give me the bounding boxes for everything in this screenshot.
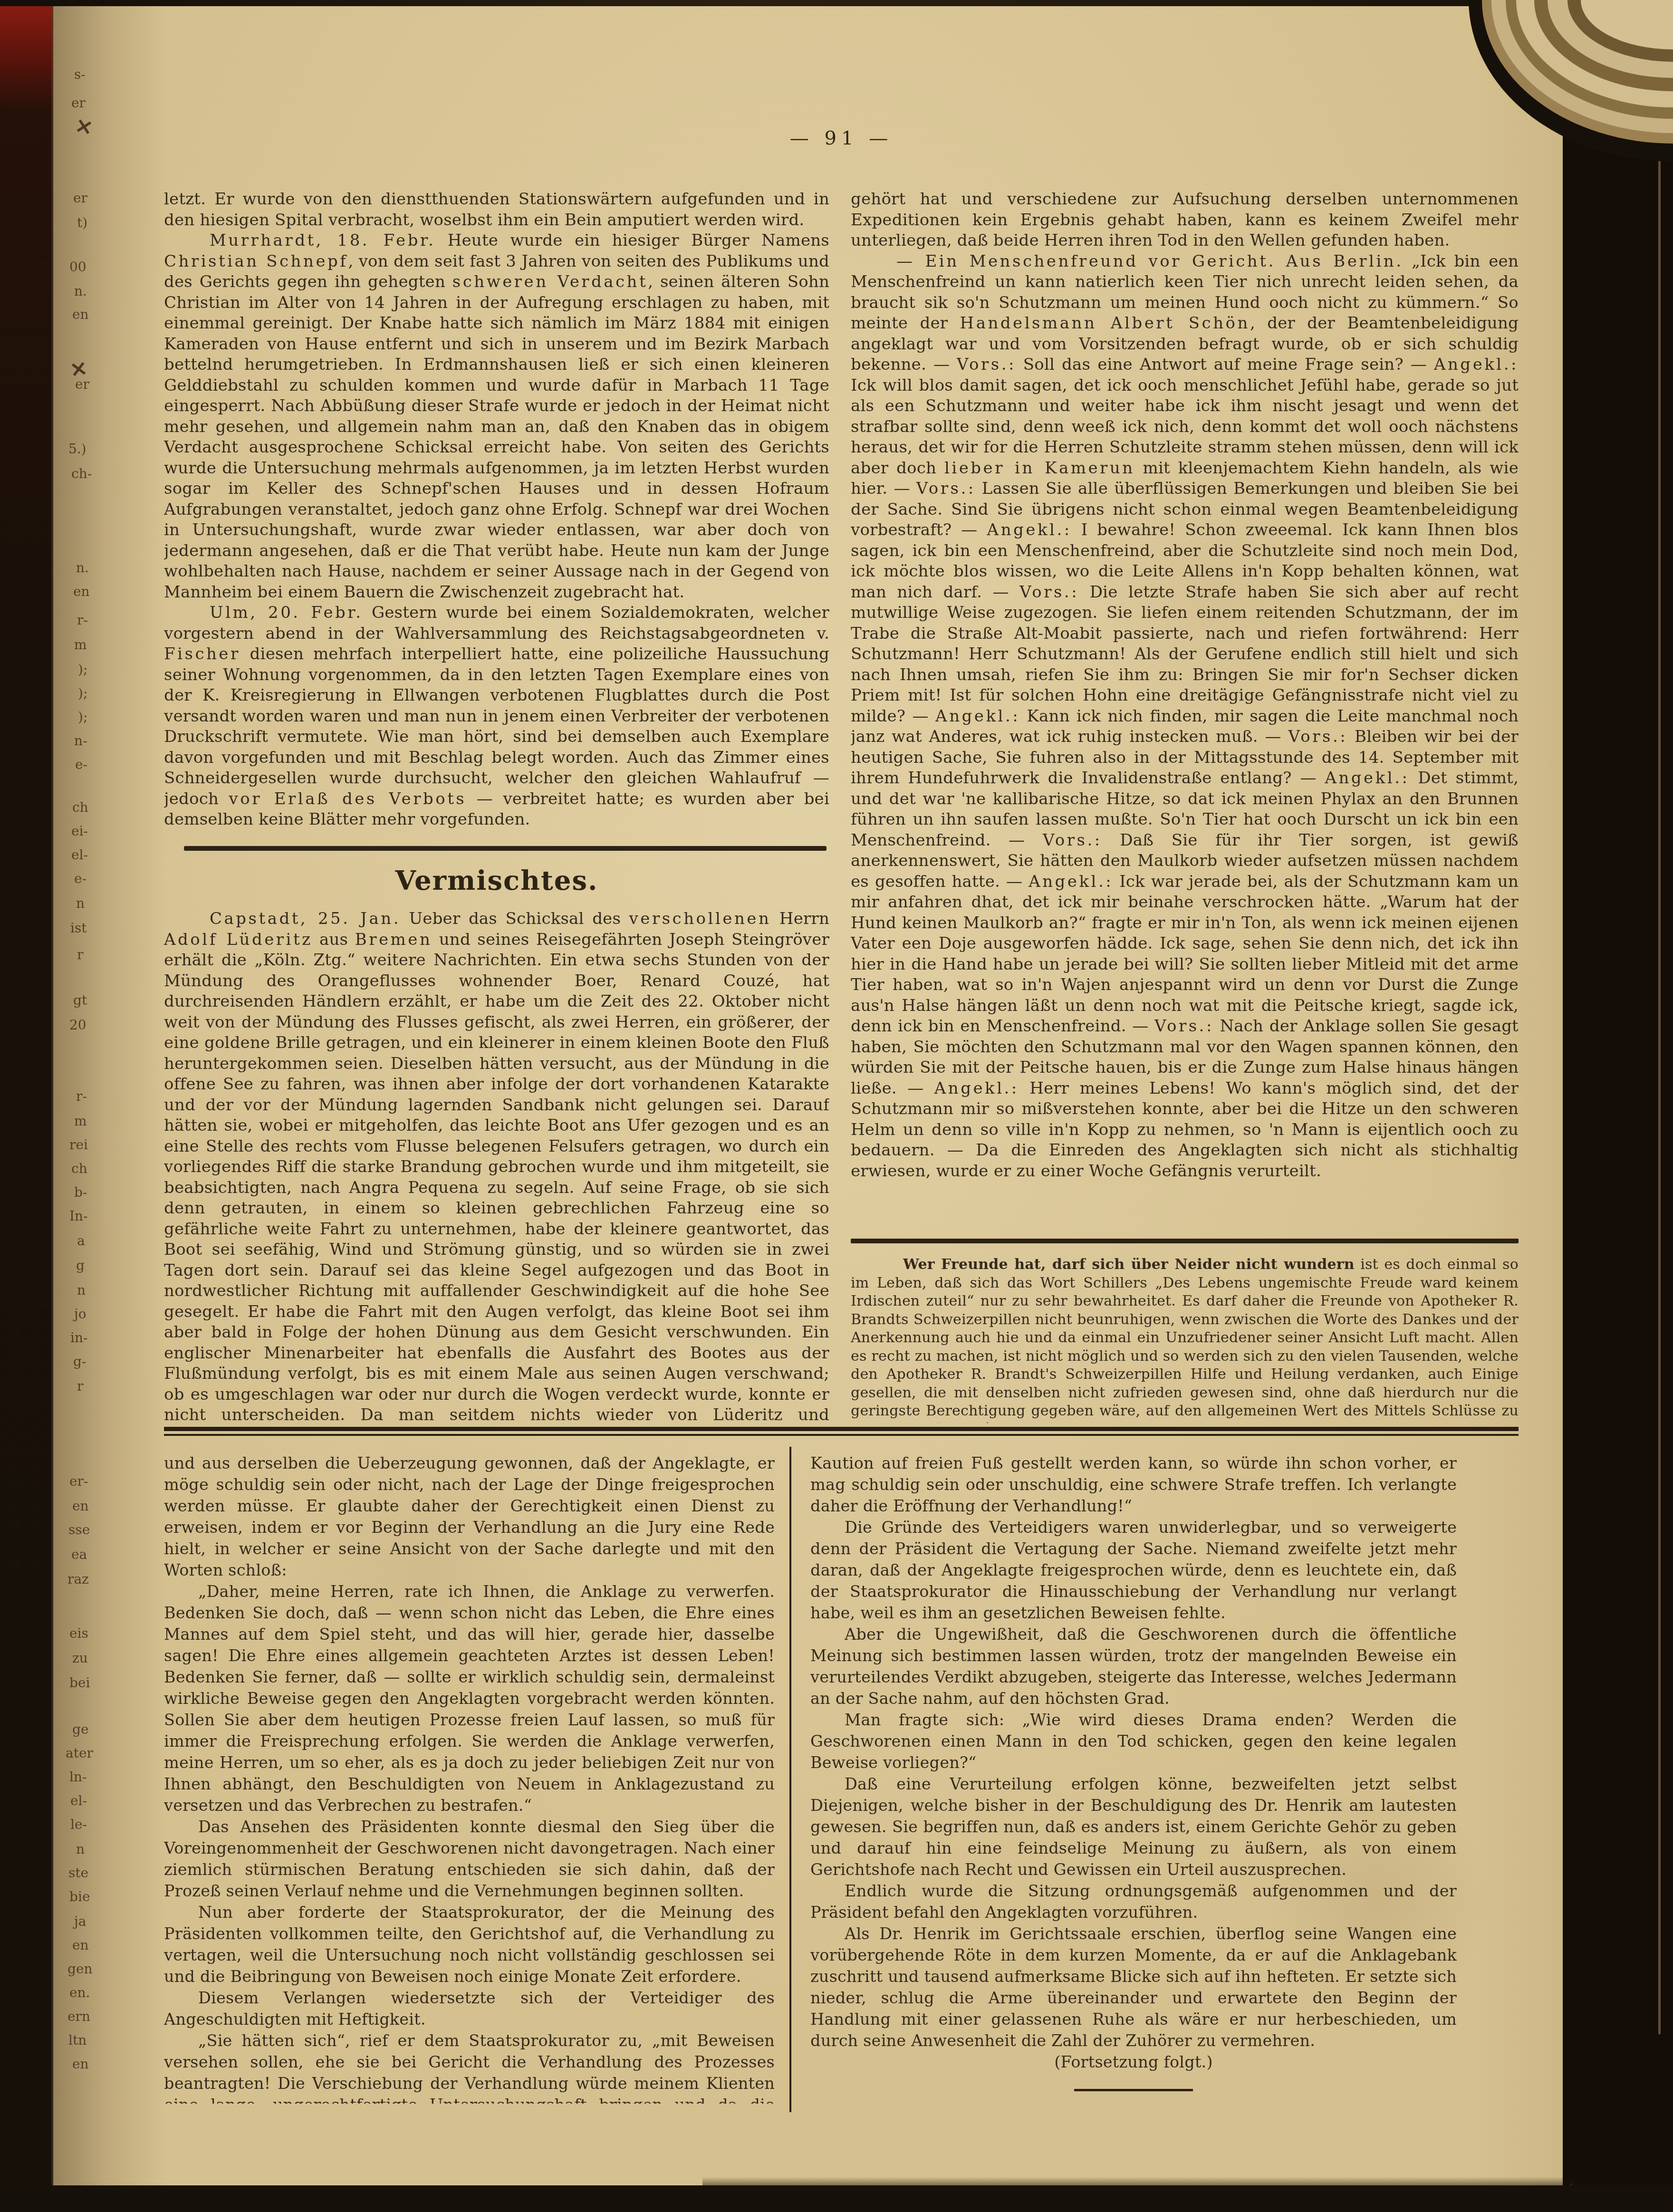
paragraph: Das Ansehen des Präsidenten konnte diesm… [164, 1816, 775, 1902]
facing-page-text-fragment: en [72, 2056, 89, 2072]
facing-page-text-fragment: In- [69, 1208, 88, 1224]
paragraph: Nun aber forderte der Staatsprokurator, … [164, 1902, 775, 1987]
facing-page-text-fragment: r- [76, 1088, 87, 1104]
paragraph: Wer Freunde hat, darf sich über Neider n… [851, 1256, 1519, 1423]
facing-page-text-fragment: bei [69, 1675, 90, 1691]
facing-page-text-fragment: a [77, 1233, 85, 1249]
paragraph: Kaution auf freien Fuß gestellt werden k… [810, 1452, 1457, 1517]
facing-page-text-fragment: ern [67, 2009, 90, 2024]
facing-page-text-fragment: ea [71, 1547, 87, 1562]
facing-page-text-fragment: m [74, 1113, 87, 1129]
section-divider-double-rule [164, 1427, 1519, 1436]
facing-page-text-fragment: ltn [68, 2032, 87, 2048]
facing-page-text-fragment: ist [70, 920, 87, 936]
facing-page-text-fragment: g [76, 1258, 85, 1273]
facing-page-text-fragment: ste [68, 1865, 88, 1881]
paragraph: Aber die Ungewißheit, daß die Geschworen… [810, 1624, 1457, 1709]
column-upper-right: gehört hat und verschiedene zur Aufsuchu… [851, 189, 1519, 1423]
facing-page-text-fragment: ch [72, 799, 88, 815]
facing-page-text-fragment: 20 [69, 1017, 87, 1033]
paragraph: Ulm, 20. Febr. Gestern wurde bei einem S… [164, 603, 829, 830]
facing-page-text-fragment: m [74, 637, 87, 653]
paragraph: Als Dr. Henrik im Gerichtssaale erschien… [810, 1923, 1457, 2051]
paragraph: Daß eine Verurteilung erfolgen könne, be… [810, 1773, 1457, 1880]
facing-page-text-fragment: en [72, 1937, 89, 1953]
paragraph: — Ein Menschenfreund vor Gericht. Aus Be… [851, 251, 1519, 1182]
section-rule [184, 846, 827, 851]
page-number: — 91 — [164, 127, 1519, 149]
facing-page-text-fragment: n [76, 895, 85, 911]
facing-page-text-fragment: 00 [69, 259, 87, 275]
ad-separator-rule [851, 1239, 1519, 1243]
facing-page-text-fragment: 5.) [68, 441, 87, 457]
facing-page-text-fragment: en [72, 1498, 89, 1514]
facing-page-text-fragment: n. [76, 560, 89, 576]
scan-edge-left [0, 0, 53, 2212]
paragraph: Endlich wurde die Sitzung ordnungsgemäß … [810, 1880, 1457, 1923]
facing-page-text-fragment: ater [66, 1745, 93, 1761]
facing-page-text-fragment: zu [72, 1650, 88, 1666]
facing-page-text-fragment: r [77, 1378, 83, 1394]
facing-page-text-fragment: r [77, 947, 83, 962]
facing-page-text-fragment: gen [67, 1961, 93, 1977]
facing-page-text-fragment: t) [77, 215, 87, 231]
column-bottom-right: Kaution auf freien Fuß gestellt werden k… [810, 1452, 1457, 2127]
paragraph: Capstadt, 25. Jan. Ueber das Schicksal d… [164, 909, 829, 1423]
paragraph: und aus derselben die Ueberzeugung gewon… [164, 1452, 775, 1581]
facing-page-text-fragment: ); [78, 685, 87, 701]
facing-page-text-fragment: s- [74, 67, 86, 82]
local-news-block: letzt. Er wurde von den dienstthuenden S… [164, 189, 829, 841]
facing-page-text-fragment: r- [77, 612, 88, 628]
facing-page-text-fragment: el- [70, 1793, 87, 1808]
advertisement-block: Wer Freunde hat, darf sich über Neider n… [851, 1256, 1519, 1423]
facing-page-text-fragment: bie [69, 1889, 90, 1904]
paragraph: gehört hat und verschiedene zur Aufsuchu… [851, 189, 1519, 251]
facing-page-text-fragment: ln- [69, 1769, 87, 1785]
facing-page-text-fragment: rei [69, 1137, 88, 1153]
court-story-block: gehört hat und verschiedene zur Aufsuchu… [851, 189, 1519, 1233]
facing-page-text-fragment: n- [74, 733, 87, 749]
facing-page-text-fragment: raz [67, 1571, 89, 1587]
page-stack-edge-line [1658, 157, 1661, 2034]
facing-page-text-fragment: b- [74, 1184, 87, 1200]
facing-page-text-fragment: ); [78, 709, 87, 725]
facing-page-text-fragment: n [77, 1282, 86, 1298]
column-bottom-left: und aus derselben die Ueberzeugung gewon… [164, 1452, 775, 2104]
facing-page-text-fragment: ch [71, 1161, 87, 1176]
paragraph: (Fortsetzung folgt.) [810, 2051, 1457, 2073]
facing-page-text-fragment: er- [69, 1473, 88, 1489]
facing-page-text-fragment: ja [74, 1914, 86, 1929]
facing-page-text-fragment: n. [74, 283, 87, 299]
paragraph: Die Gründe des Verteidigers waren unwide… [810, 1517, 1457, 1624]
facing-page-text-fragment: ); [78, 662, 87, 677]
facing-page-text-fragment: in- [70, 1330, 87, 1346]
facing-page-text-fragment: sse [68, 1522, 90, 1538]
facing-page-text-fragment: er [71, 95, 86, 111]
facing-page-text-fragment: n [76, 1841, 85, 1857]
facing-page-text-fragment: eis [69, 1625, 88, 1641]
page-curl [1469, 0, 1673, 164]
facing-page-text-fragment: en. [69, 1985, 90, 2000]
facing-page-text-fragment: ge [72, 1722, 89, 1737]
margin-mark-icon: × [67, 355, 89, 383]
facing-page-text-fragment: g- [73, 1354, 86, 1369]
paragraph: Man fragte sich: „Wie wird dieses Drama … [810, 1709, 1457, 1773]
section-heading-vermischtes: Vermischtes. [164, 865, 829, 896]
facing-page-text-fragment: e- [75, 757, 87, 772]
facing-page-text-fragment: ei- [71, 823, 88, 839]
paragraph: „Daher, meine Herren, rate ich Ihnen, di… [164, 1581, 775, 1816]
facing-page-text-fragment: er [73, 190, 87, 206]
scan-edge-top [0, 0, 1673, 6]
facing-page-text-fragment: el- [71, 847, 88, 863]
paragraph: letzt. Er wurde von den dienstthuenden S… [164, 189, 829, 231]
story-end-rule [1074, 2089, 1193, 2091]
facing-page-text-fragment: e- [74, 871, 87, 886]
paragraph: Murrhardt, 18. Febr. Heute wurde ein hie… [164, 231, 829, 603]
facing-page-text-fragment: gt [73, 992, 87, 1008]
serial-story-block: Kaution auf freien Fuß gestellt werden k… [810, 1452, 1457, 2073]
facing-page-text-fragment: ch- [71, 466, 92, 481]
column-divider-rule [789, 1447, 791, 2112]
vermischtes-block: Capstadt, 25. Jan. Ueber das Schicksal d… [164, 909, 829, 1423]
newspaper-page-scan: s-erert)00n.ener5.)ch-n.enr-m);););n-e-c… [0, 0, 1673, 2212]
paragraph: „Sie hätten sich“, rief er dem Staatspro… [164, 2030, 775, 2104]
facing-page-text-fragment: le- [70, 1817, 87, 1832]
facing-page-text-fragment: jo [74, 1306, 87, 1322]
column-upper-left: letzt. Er wurde von den dienstthuenden S… [164, 189, 829, 1423]
scan-edge-bottom [0, 2185, 1673, 2212]
facing-page-fragments: s-erert)00n.ener5.)ch-n.enr-m);););n-e-c… [55, 0, 159, 2212]
facing-page-text-fragment: en [72, 307, 89, 322]
scan-edge-right [1563, 0, 1673, 2212]
facing-page-text-fragment: en [73, 584, 90, 599]
paragraph: Diesem Verlangen wiedersetzte sich der V… [164, 1987, 775, 2030]
